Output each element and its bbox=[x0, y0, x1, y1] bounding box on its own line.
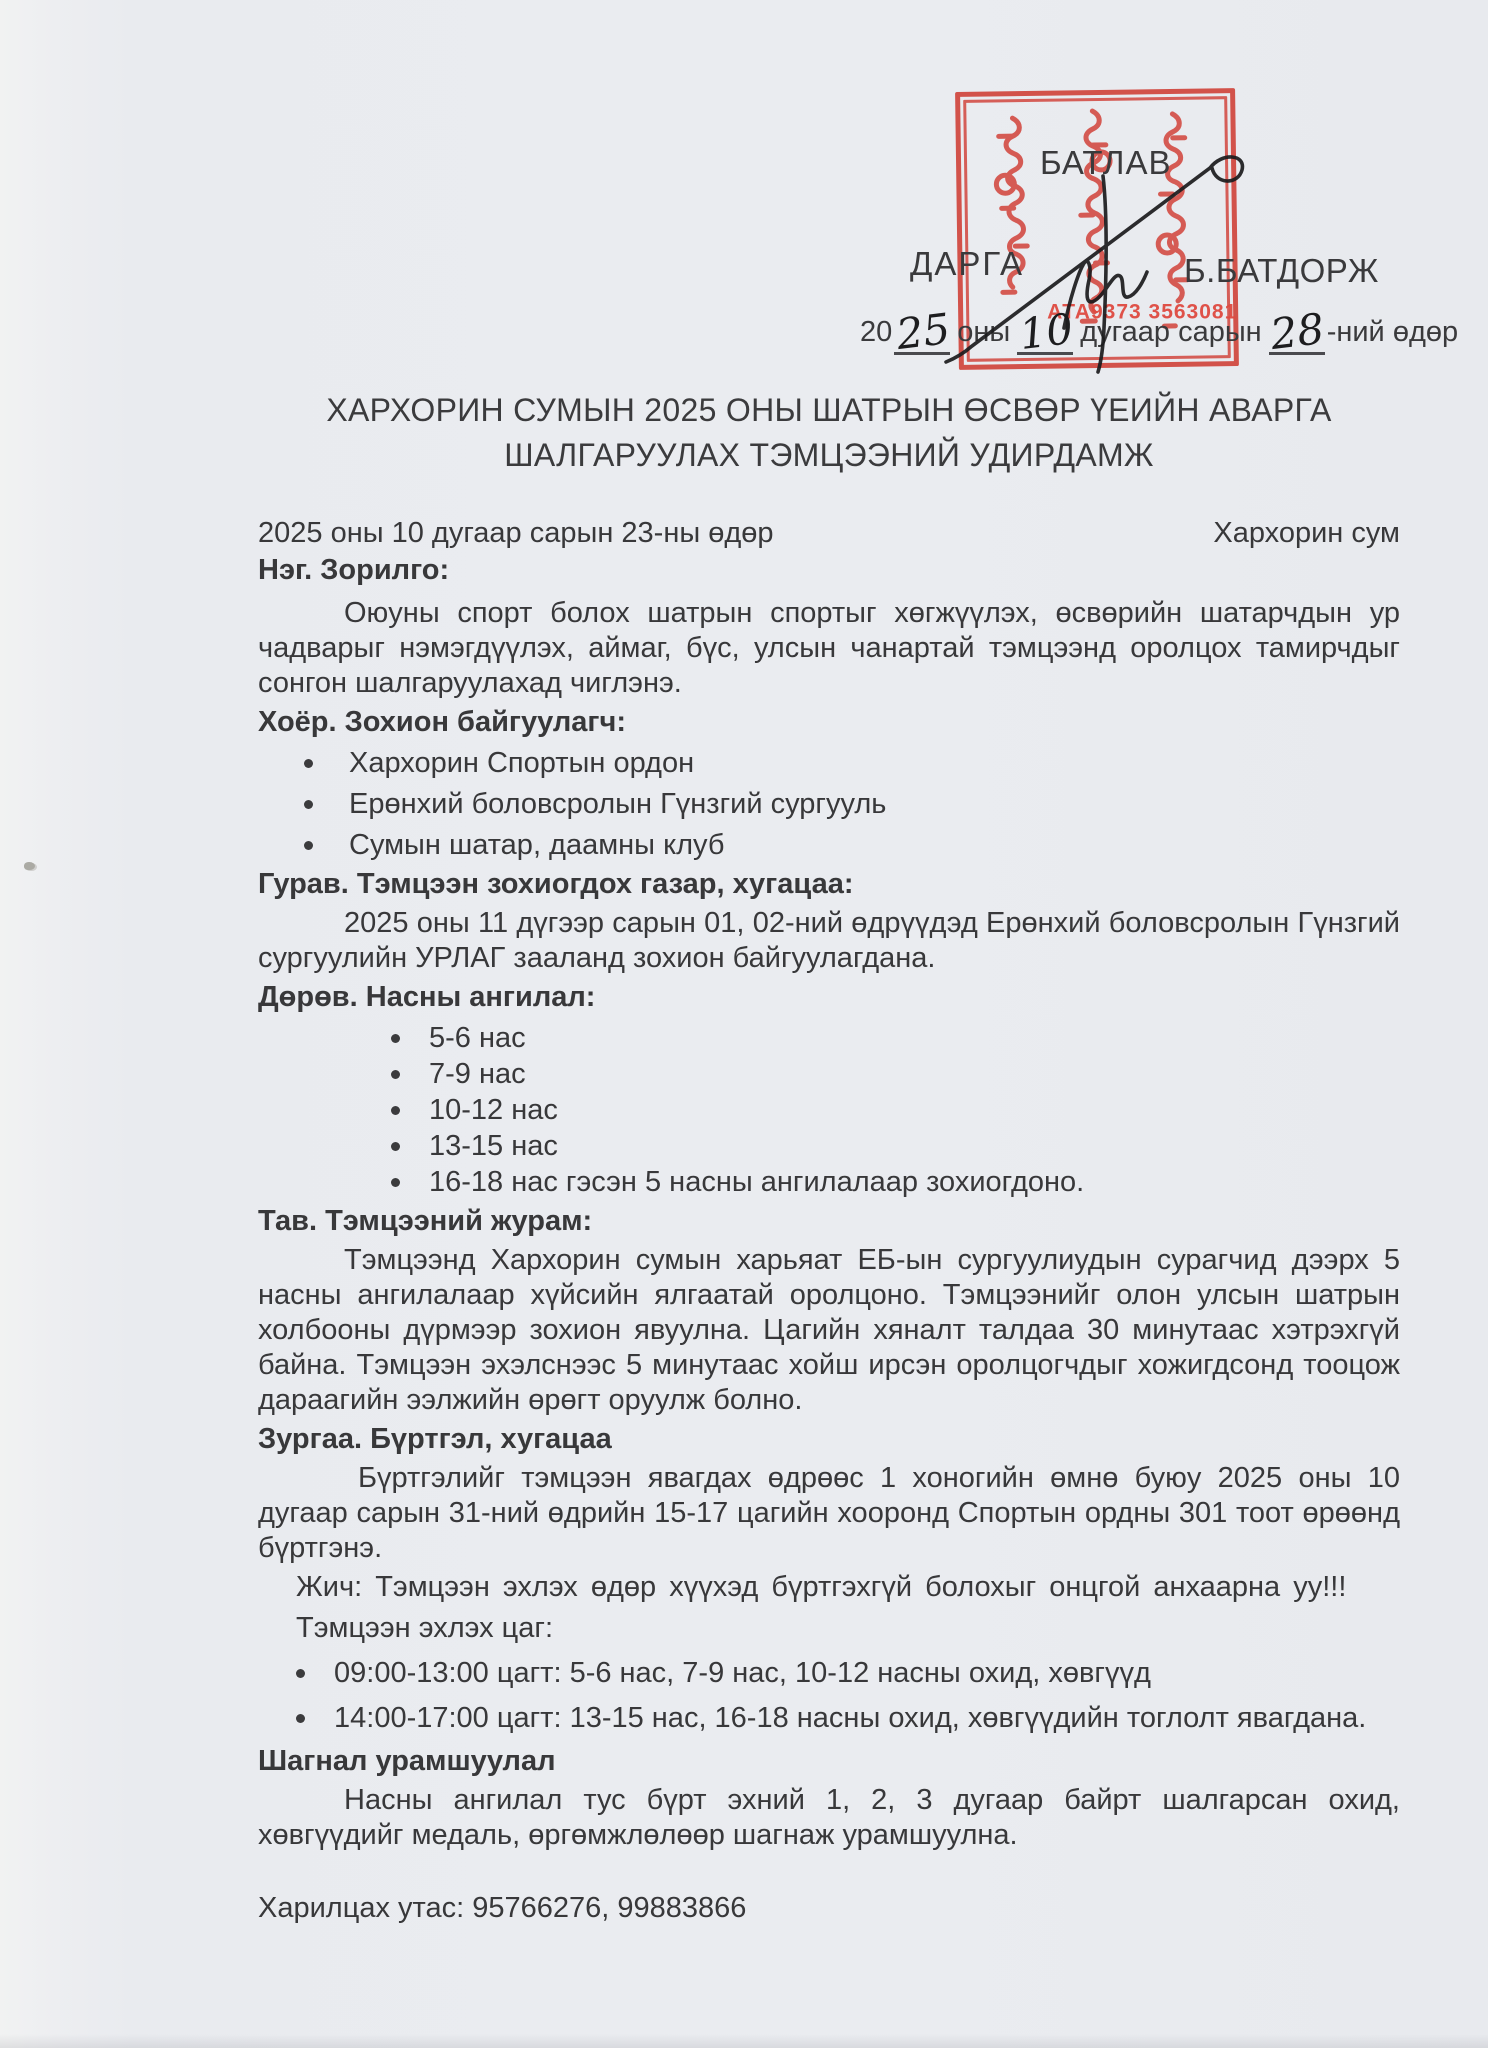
handwritten-day: 28 bbox=[1269, 314, 1325, 355]
section-goal-body: Оюуны спорт болох шатрын спортыг хөгжүүл… bbox=[258, 596, 1400, 701]
section-organizers-heading: Хоёр. Зохион байгуулагч: bbox=[258, 705, 1400, 740]
section-rules-body: Тэмцээнд Хархорин сумын харьяат ЕБ-ын су… bbox=[258, 1243, 1400, 1418]
list-item: Сумын шатар, даамны клуб bbox=[304, 828, 1400, 863]
date-suffix: -ний өдөр bbox=[1327, 316, 1458, 348]
organizers-list: Хархорин Спортын ордон Ерөнхий боловсрол… bbox=[304, 746, 1400, 863]
list-item: 7-9 нас bbox=[391, 1057, 1400, 1092]
date-prefix: 20 bbox=[860, 316, 892, 348]
meta-row: 2025 оны 10 дугаар сарын 23-ны өдөр Харх… bbox=[258, 516, 1400, 551]
list-item: 14:00-17:00 цагт: 13-15 нас, 16-18 насны… bbox=[296, 1701, 1400, 1736]
age-groups-list: 5-6 нас 7-9 нас 10-12 нас 13-15 нас 16-1… bbox=[391, 1021, 1400, 1200]
document-body: 2025 оны 10 дугаар сарын 23-ны өдөр Харх… bbox=[258, 516, 1400, 1926]
document-title-line1: ХАРХОРИН СУМЫН 2025 ОНЫ ШАТРЫН ӨСВӨР ҮЕИ… bbox=[258, 388, 1400, 433]
scan-speck bbox=[24, 862, 35, 870]
document-date: 2025 оны 10 дугаар сарын 23-ны өдөр bbox=[258, 516, 774, 551]
section-venue-heading: Гурав. Тэмцээн зохиогдох газар, хугацаа: bbox=[258, 867, 1400, 902]
start-time-label: Тэмцээн эхлэх цаг: bbox=[258, 1611, 1400, 1646]
list-item: 5-6 нас bbox=[391, 1021, 1400, 1056]
section-registration-body: Бүртгэлийг тэмцээн явагдах өдрөөс 1 хоно… bbox=[258, 1461, 1400, 1566]
list-item: 16-18 нас гэсэн 5 насны ангилалаар зохио… bbox=[391, 1165, 1400, 1200]
start-times-list: 09:00-13:00 цагт: 5-6 нас, 7-9 нас, 10-1… bbox=[296, 1656, 1400, 1736]
list-item: Ерөнхий боловсролын Гүнзгий сургууль bbox=[304, 787, 1400, 822]
section-rules-heading: Тав. Тэмцээний журам: bbox=[258, 1204, 1400, 1239]
section-goal-heading: Нэг. Зорилго: bbox=[258, 553, 1400, 588]
list-item: Хархорин Спортын ордон bbox=[304, 746, 1400, 781]
list-item: 13-15 нас bbox=[391, 1129, 1400, 1164]
list-item: 10-12 нас bbox=[391, 1093, 1400, 1128]
section-awards-body: Насны ангилал тус бүрт эхний 1, 2, 3 дуг… bbox=[258, 1783, 1400, 1853]
section-ages-heading: Дөрөв. Насны ангилал: bbox=[258, 980, 1400, 1015]
section-venue-body: 2025 оны 11 дүгээр сарын 01, 02-ний өдрү… bbox=[258, 906, 1400, 976]
section-awards-heading: Шагнал урамшуулал bbox=[258, 1744, 1400, 1779]
signature bbox=[938, 126, 1270, 384]
document-title: ХАРХОРИН СУМЫН 2025 ОНЫ ШАТРЫН ӨСВӨР ҮЕИ… bbox=[258, 388, 1400, 478]
section-registration-heading: Зургаа. Бүртгэл, хугацаа bbox=[258, 1422, 1400, 1457]
document-place: Хархорин сум bbox=[1213, 516, 1400, 551]
list-item: 09:00-13:00 цагт: 5-6 нас, 7-9 нас, 10-1… bbox=[296, 1656, 1400, 1691]
contact-phone-line: Харилцах утас: 95766276, 99883866 bbox=[258, 1891, 1400, 1926]
registration-note: Жич: Тэмцээн эхлэх өдөр хүүхэд бүртгэхгү… bbox=[258, 1570, 1400, 1605]
document-page: АТА9373 3563081 БАТЛАВ ДАРГА Б.БАТДОРЖ 2… bbox=[0, 0, 1488, 2048]
document-title-line2: ШАЛГАРУУЛАХ ТЭМЦЭЭНИЙ УДИРДАМЖ bbox=[258, 433, 1400, 478]
